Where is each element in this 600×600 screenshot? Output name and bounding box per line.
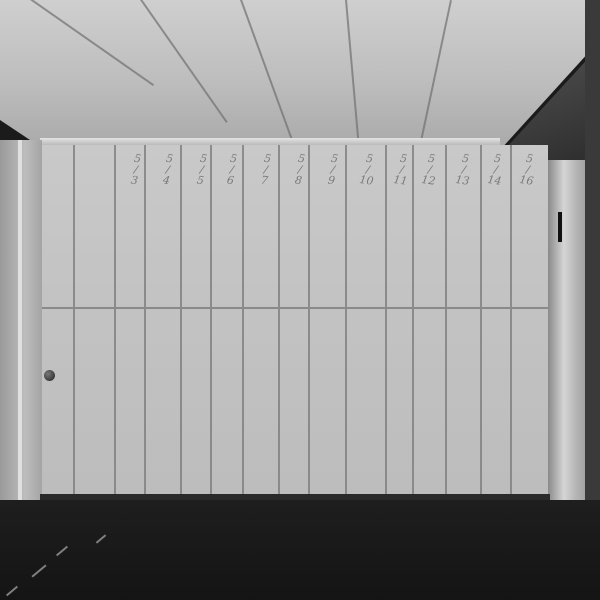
ceiling-plank-line <box>140 0 228 123</box>
wall-marking: 5 / 5 <box>190 152 214 187</box>
wall-marking: 5 / 13 <box>452 152 476 187</box>
floor-mark <box>56 546 68 557</box>
room-photo: 5 / 3 5 / 4 5 / 5 5 / 6 5 / 7 5 / 8 5 / … <box>0 0 600 600</box>
wall-marking: 5 / 12 <box>418 152 442 187</box>
wall-marking: 5 / 4 <box>156 152 180 187</box>
wall-marking: 5 / 9 <box>321 152 345 187</box>
wall-marking: 5 / 3 <box>124 152 148 187</box>
wall-marking: 5 / 8 <box>288 152 312 187</box>
wall-marking: 5 / 10 <box>356 152 380 187</box>
ceiling-plank-line <box>240 0 293 141</box>
ceiling <box>0 0 600 150</box>
chair-rail <box>40 307 548 309</box>
ceiling-plank-line <box>345 0 360 149</box>
wall-marking: 5 / 7 <box>254 152 278 187</box>
floor-mark <box>96 534 106 543</box>
hinge <box>558 212 562 242</box>
door-knob <box>44 370 55 381</box>
date-markings: 5 / 3 5 / 4 5 / 5 5 / 6 5 / 7 5 / 8 5 / … <box>40 153 548 203</box>
wall-marking: 5 / 14 <box>484 152 508 187</box>
floor <box>0 500 600 600</box>
wall-marking: 5 / 6 <box>220 152 244 187</box>
right-door-frame <box>548 160 588 520</box>
door-frame <box>18 140 22 500</box>
floor-mark <box>6 586 18 597</box>
wall-marking: 5 / 16 <box>516 152 540 187</box>
back-wall: 5 / 3 5 / 4 5 / 5 5 / 6 5 / 7 5 / 8 5 / … <box>40 145 548 515</box>
ceiling-plank-line <box>419 0 452 147</box>
ceiling-plank-line <box>30 0 154 86</box>
wall-marking: 5 / 11 <box>390 152 414 187</box>
floor-mark <box>31 564 46 577</box>
